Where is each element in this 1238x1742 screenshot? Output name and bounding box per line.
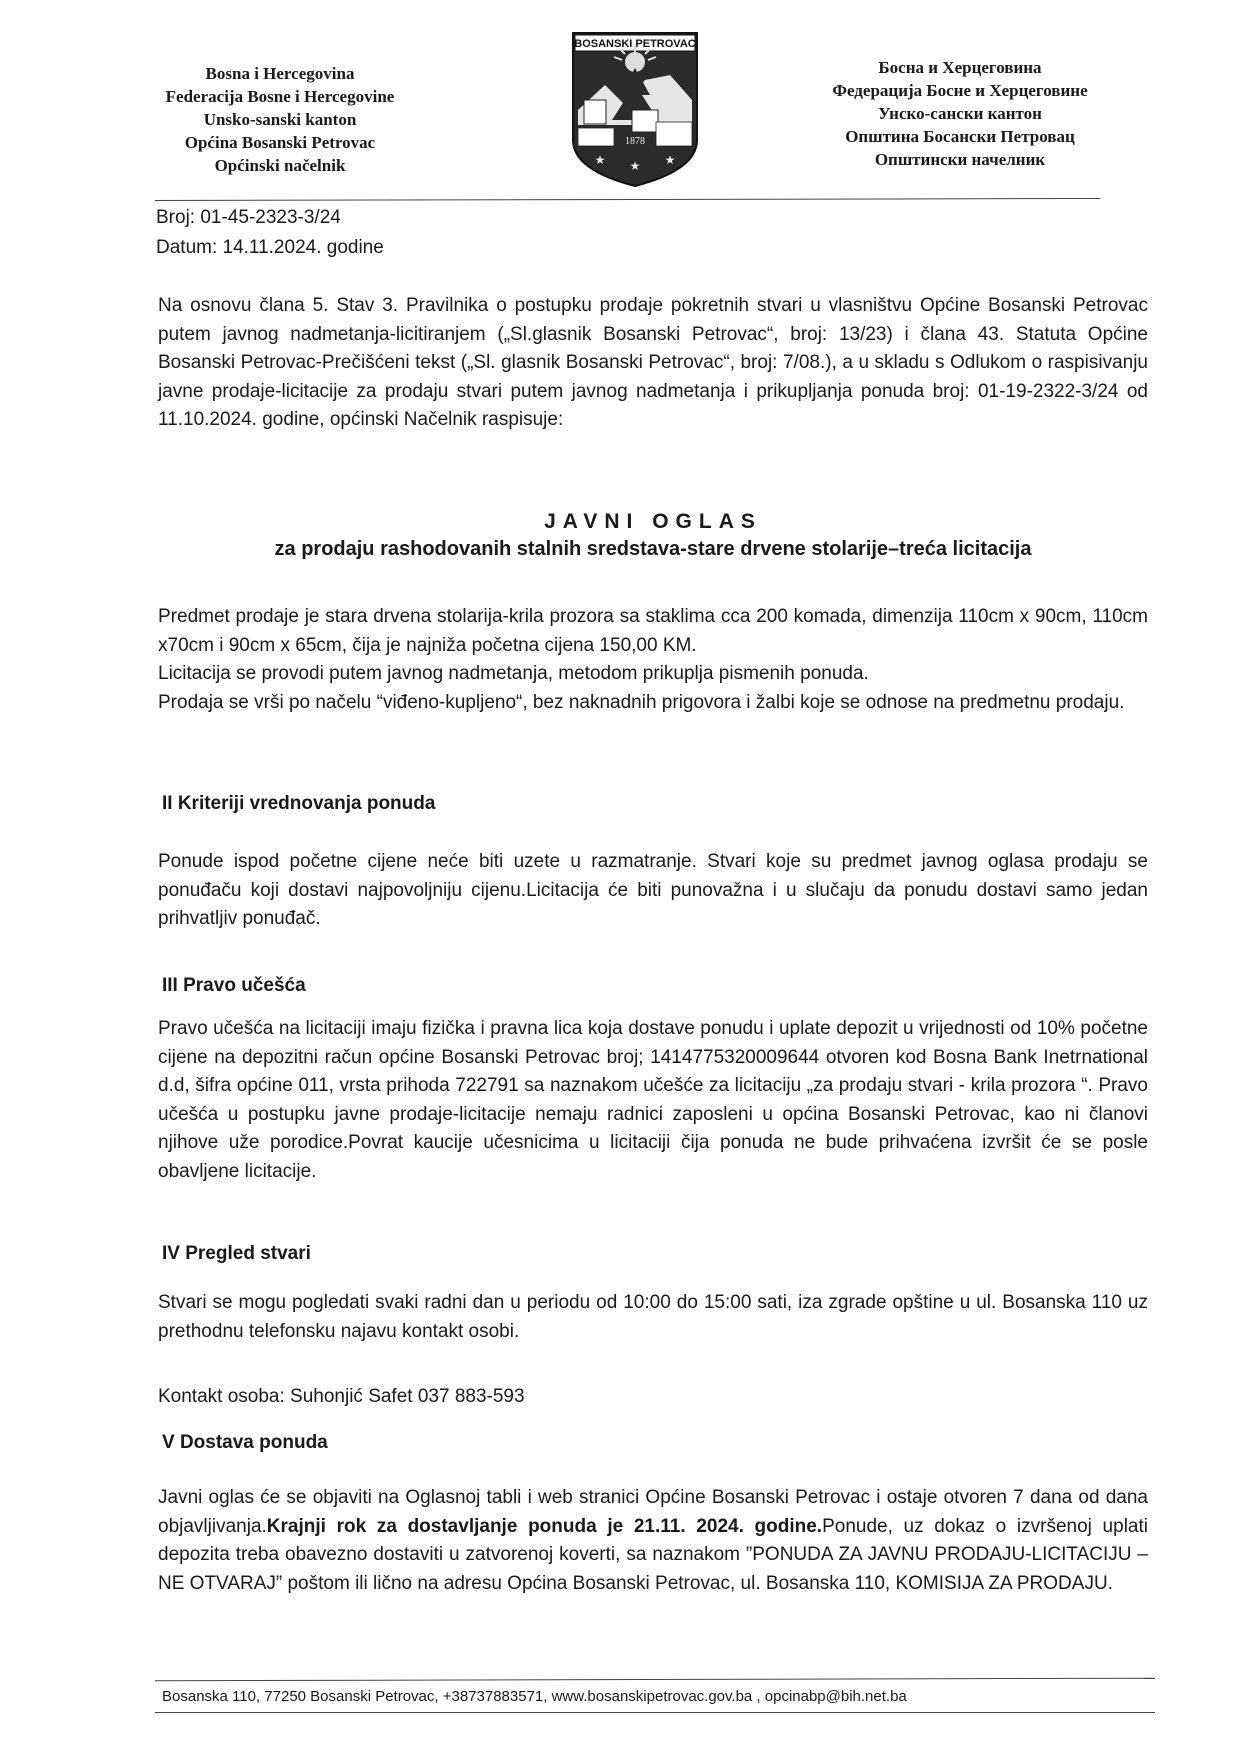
header-country: Bosna i Hercegovina [130, 62, 430, 85]
section-inspection: Stvari se mogu pogledati svaki radni dan… [158, 1289, 1148, 1346]
header-cyrillic: Босна и Херцеговина Федерација Босне и Х… [780, 56, 1140, 171]
header-canton: Unsko-sanski kanton [130, 108, 430, 131]
document-subtitle: za prodaju rashodovanih stalnih sredstav… [158, 538, 1148, 561]
section-delivery-heading: V Dostava ponuda [162, 1432, 328, 1454]
criteria-text: Ponude ispod početne cijene neće biti uz… [158, 848, 1148, 934]
header-federation-cyrillic: Федерација Босне и Херцеговине [780, 79, 1140, 102]
section-delivery: Javni oglas će se objaviti na Oglasnoj t… [158, 1484, 1148, 1598]
deadline-text: Krajnji rok za dostavljanje ponuda je 21… [267, 1516, 822, 1537]
header-divider [155, 198, 1100, 201]
header-office-cyrillic: Општински начелник [780, 148, 1140, 171]
inspection-text: Stvari se mogu pogledati svaki radni dan… [158, 1289, 1148, 1346]
section-participation: Pravo učešća na licitaciji imaju fizička… [158, 1015, 1148, 1186]
delivery-text: Javni oglas će se objaviti na Oglasnoj t… [158, 1484, 1148, 1598]
contact-text: Kontakt osoba: Suhonjić Safet 037 883-59… [158, 1383, 1148, 1412]
document-date: Datum: 14.11.2024. godine [156, 235, 384, 261]
header-municipality: Općina Bosanski Petrovac [130, 131, 430, 154]
subject-paragraph-3: Prodaja se vrši po načelu “viđeno-kuplje… [158, 689, 1148, 718]
footer-divider-bottom [155, 1712, 1155, 1713]
subject-paragraph-2: Licitacija se provodi putem javnog nadme… [158, 660, 1148, 689]
header-canton-cyrillic: Унско-сански кантон [780, 102, 1140, 125]
coat-of-arms-icon: BOSANSKI PETROVAC 1878 ★★★ [570, 30, 700, 188]
subject-paragraph-1: Predmet prodaje je stara drvena stolarij… [158, 603, 1148, 660]
footer-contact: Bosanska 110, 77250 Bosanski Petrovac, +… [162, 1688, 907, 1705]
header-municipality-cyrillic: Општина Босански Петровац [780, 125, 1140, 148]
header-latin: Bosna i Hercegovina Federacija Bosne i H… [130, 62, 430, 177]
section-criteria: Ponude ispod početne cijene neće biti uz… [158, 848, 1148, 934]
svg-text:★: ★ [665, 153, 676, 167]
intro-paragraph: Na osnovu člana 5. Stav 3. Pravilnika o … [158, 292, 1148, 435]
intro-text: Na osnovu člana 5. Stav 3. Pravilnika o … [158, 292, 1148, 435]
section-subject: Predmet prodaje je stara drvena stolarij… [158, 603, 1148, 717]
crest-year: 1878 [625, 136, 645, 147]
footer-divider-top [155, 1678, 1155, 1682]
participation-text: Pravo učešća na licitaciji imaju fizička… [158, 1015, 1148, 1186]
section-inspection-heading: IV Pregled stvari [162, 1243, 311, 1265]
svg-text:★: ★ [595, 153, 606, 167]
header-office: Općinski načelnik [130, 154, 430, 177]
header-federation: Federacija Bosne i Hercegovine [130, 85, 430, 108]
svg-text:★: ★ [630, 159, 641, 173]
document-title: JAVNI OGLAS [158, 510, 1148, 534]
section-participation-heading: III Pravo učešća [162, 975, 306, 997]
document-number: Broj: 01-45-2323-3/24 [156, 205, 341, 231]
contact-person: Kontakt osoba: Suhonjić Safet 037 883-59… [158, 1383, 1148, 1412]
section-criteria-heading: II Kriteriji vrednovanja ponuda [162, 793, 435, 815]
header-country-cyrillic: Босна и Херцеговина [780, 56, 1140, 79]
